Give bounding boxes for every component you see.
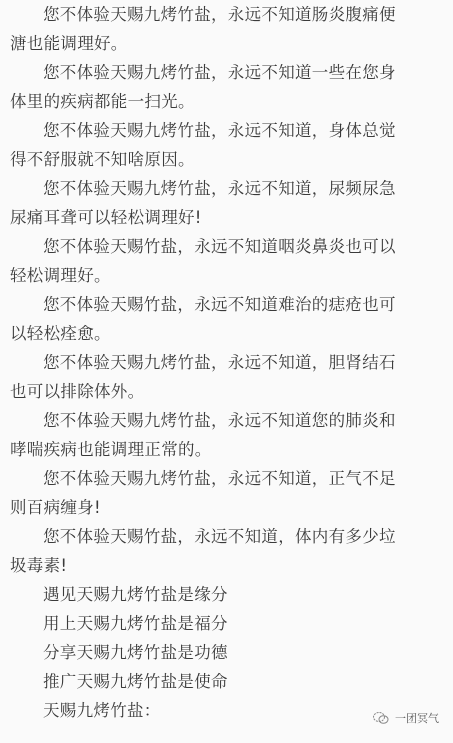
paragraph: 您不体验天赐九烤竹盐，永远不知道肠炎腹痛便溏也能调理好。 [10, 0, 410, 58]
paragraph: 您不体验天赐竹盐，永远不知道，体内有多少垃圾毒素! [10, 522, 410, 580]
paragraph: 您不体验天赐竹盐，永远不知道难治的痣疮也可以轻松痊愈。 [10, 290, 410, 348]
paragraph: 您不体验天赐九烤竹盐，永远不知道，身体总觉得不舒服就不知啥原因。 [10, 116, 410, 174]
watermark-text: 一团冥气 [395, 710, 439, 726]
paragraph: 您不体验天赐九烤竹盐，永远不知道，正气不足则百病缠身! [10, 464, 410, 522]
document-body: 您不体验天赐九烤竹盐，永远不知道肠炎腹痛便溏也能调理好。 您不体验天赐九烤竹盐，… [10, 0, 410, 725]
slogan-line: 推广天赐九烤竹盐是使命 [10, 667, 410, 696]
paragraph: 您不体验天赐九烤竹盐，永远不知道，胆肾结石也可以排除体外。 [10, 348, 410, 406]
wechat-icon [372, 711, 390, 725]
paragraph: 您不体验天赐九烤竹盐，永远不知道您的肺炎和哮喘疾病也能调理正常的。 [10, 406, 410, 464]
paragraph: 您不体验天赐竹盐，永远不知道咽炎鼻炎也可以轻松调理好。 [10, 232, 410, 290]
watermark: 一团冥气 [372, 710, 439, 726]
slogan-line: 分享天赐九烤竹盐是功德 [10, 638, 410, 667]
paragraph: 您不体验天赐九烤竹盐，永远不知道一些在您身体里的疾病都能一扫光。 [10, 58, 410, 116]
paragraph: 您不体验天赐九烤竹盐，永远不知道，尿频尿急尿痛耳聋可以轻松调理好! [10, 174, 410, 232]
slogan-line: 用上天赐九烤竹盐是福分 [10, 609, 410, 638]
slogan-line: 天赐九烤竹盐： [10, 696, 410, 725]
slogan-line: 遇见天赐九烤竹盐是缘分 [10, 580, 410, 609]
